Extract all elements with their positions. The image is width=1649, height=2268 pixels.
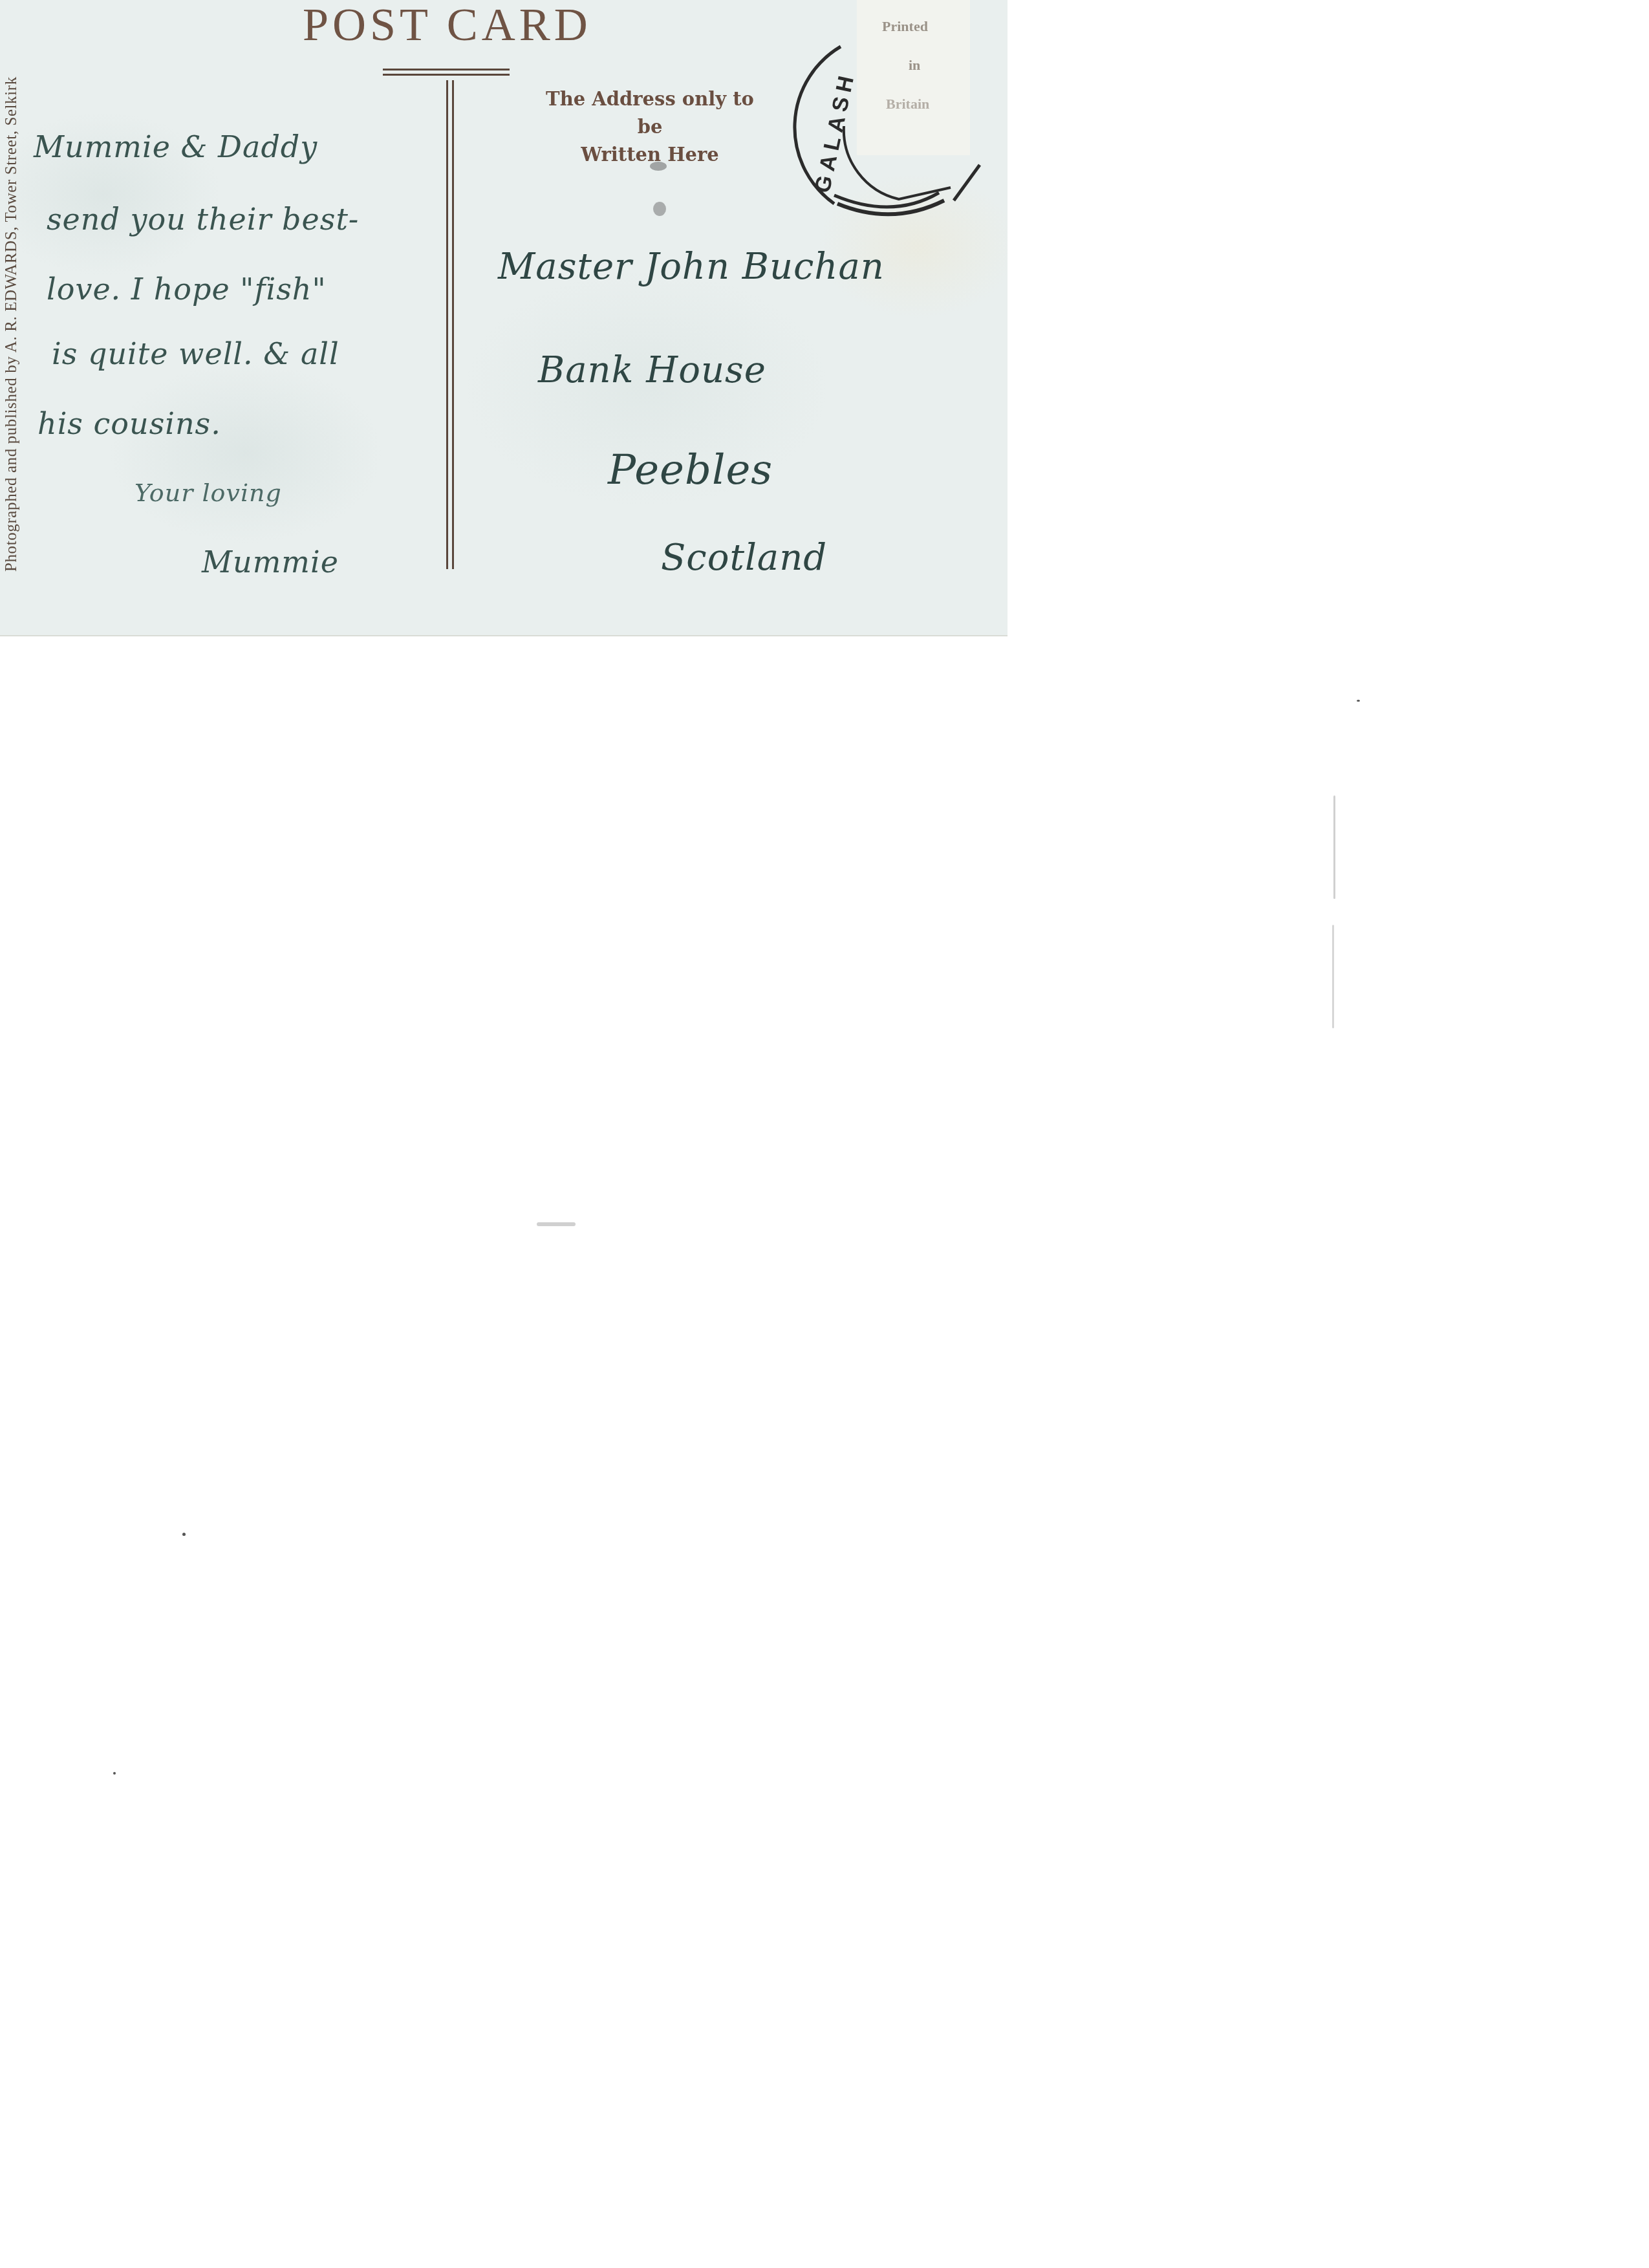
ink-smudge — [650, 162, 667, 171]
scan-speck — [1332, 925, 1334, 1028]
scan-speck — [537, 1222, 576, 1226]
address-instruction: The Address only to be Written Here — [530, 85, 770, 169]
message-line-5: his cousins. — [38, 406, 221, 441]
address-line-3: Peebles — [608, 446, 773, 494]
scan-speck — [1333, 795, 1335, 899]
postmark-icon: GALASH — [789, 39, 996, 220]
divider-top-rule-2 — [383, 74, 510, 76]
address-line-2: Bank House — [538, 349, 766, 391]
divider-vertical-rule — [446, 80, 448, 569]
address-line-1: Master John Buchan — [498, 246, 885, 288]
postcard-back: POST CARD Photographed and published by … — [0, 0, 1008, 636]
divider-vertical-rule-2 — [452, 80, 454, 569]
stamp-text-1: Printed — [882, 18, 928, 35]
message-closing: Your loving — [135, 479, 282, 507]
message-line-4: is quite well. & all — [52, 336, 339, 371]
message-line-3: love. I hope "fish" — [47, 272, 327, 307]
ink-smudge — [653, 202, 666, 216]
message-signature: Mummie — [202, 545, 339, 579]
scan-speck — [113, 1772, 116, 1775]
instruction-line-1: The Address only to be — [530, 85, 770, 141]
scan-speck — [182, 1533, 186, 1536]
message-line-1: Mummie & Daddy — [34, 129, 318, 164]
postmark-text: GALASH — [810, 69, 860, 195]
scan-speck — [1357, 700, 1360, 702]
address-line-4: Scotland — [661, 537, 827, 579]
postcard-title: POST CARD — [303, 1, 592, 48]
divider-top-rule — [383, 69, 510, 70]
publisher-credit: Photographed and published by A. R. EDWA… — [3, 76, 21, 572]
message-line-2: send you their best- — [47, 202, 359, 237]
